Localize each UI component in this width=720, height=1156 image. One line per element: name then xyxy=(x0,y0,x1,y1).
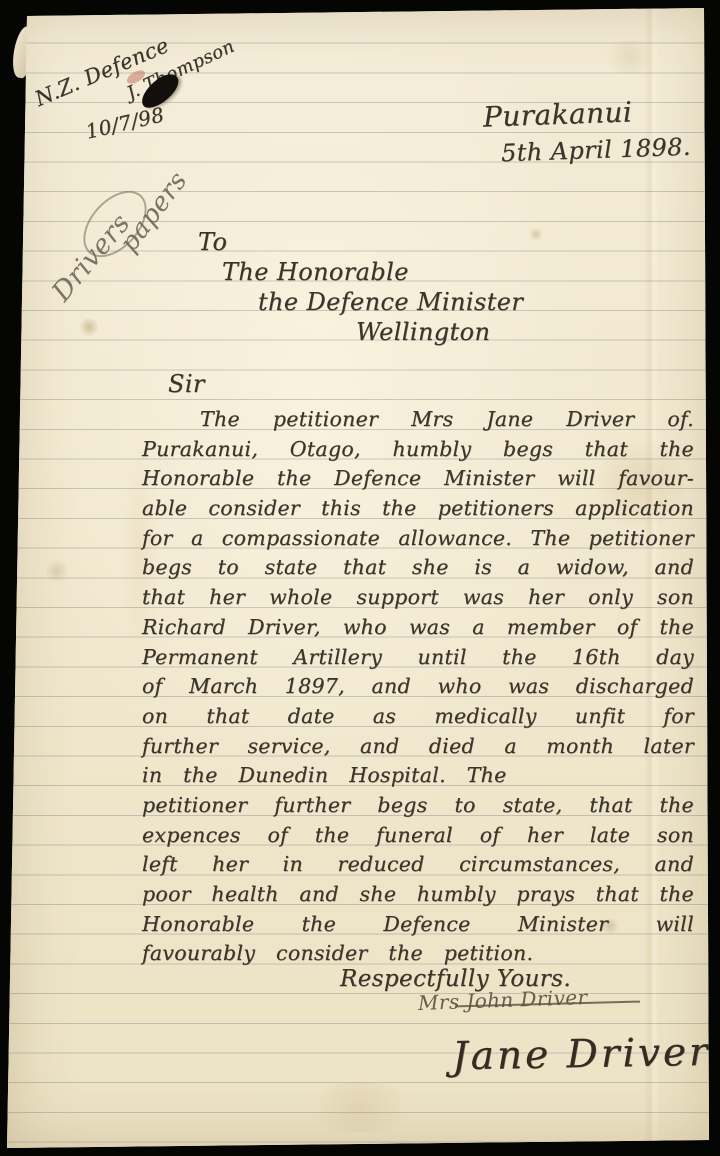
address-city: Wellington xyxy=(356,318,490,346)
letter-line: Permanent Artillery until the 16th day xyxy=(142,643,694,673)
letter-line: Honorable the Defence Minister will favo… xyxy=(142,464,694,494)
ink-signature: Jane Driver. xyxy=(452,1030,720,1080)
address-defence-minister: the Defence Minister xyxy=(258,288,523,316)
stain xyxy=(528,228,544,241)
stain xyxy=(78,318,100,336)
letter-line: favourably consider the petition. xyxy=(142,939,694,969)
letter-line: begs to state that she is a widow, and xyxy=(142,553,694,583)
photo-backdrop: N.Z. Defence J. Thompson 10/7/98 Drivers… xyxy=(0,0,720,1156)
stain xyxy=(44,560,70,582)
letter-line: for a compassionate allowance. The petit… xyxy=(142,524,694,554)
letter-line: further service, and died a month later xyxy=(142,732,694,762)
letter-line: in the Dunedin Hospital. The xyxy=(142,761,694,791)
letter-line: expences of the funeral of her late son xyxy=(142,821,694,851)
stain xyxy=(600,40,660,74)
letter-line: Purakanui, Otago, humbly begs that the xyxy=(142,435,694,465)
address-to: To xyxy=(198,228,227,256)
letter-line: Honorable the Defence Minister will xyxy=(142,910,694,940)
letter-line: on that date as medically unfit for xyxy=(142,702,694,732)
letter-line: Richard Driver, who was a member of the xyxy=(142,613,694,643)
letter-line: The petitioner Mrs Jane Driver of. xyxy=(142,405,694,435)
letter-line: of March 1897, and who was discharged xyxy=(142,672,694,702)
letter-body: The petitioner Mrs Jane Driver of. Purak… xyxy=(142,405,694,969)
annotation-received-date: 10/7/98 xyxy=(83,102,166,143)
letter-line: able consider this the petitioners appli… xyxy=(142,494,694,524)
dateline-place: Purakanui xyxy=(482,95,632,133)
salutation: Sir xyxy=(168,370,205,398)
letter-line: that her whole support was her only son xyxy=(142,583,694,613)
letter-sheet: N.Z. Defence J. Thompson 10/7/98 Drivers… xyxy=(0,0,720,1156)
letter-line: petitioner further begs to state, that t… xyxy=(142,791,694,821)
stain xyxy=(300,1082,420,1132)
address-honorable: The Honorable xyxy=(222,258,409,286)
letter-line: poor health and she humbly prays that th… xyxy=(142,880,694,910)
letter-line: left her in reduced circumstances, and xyxy=(142,850,694,880)
pencil-signature: Mrs John Driver xyxy=(418,985,588,1015)
dateline-date: 5th April 1898. xyxy=(501,133,692,168)
